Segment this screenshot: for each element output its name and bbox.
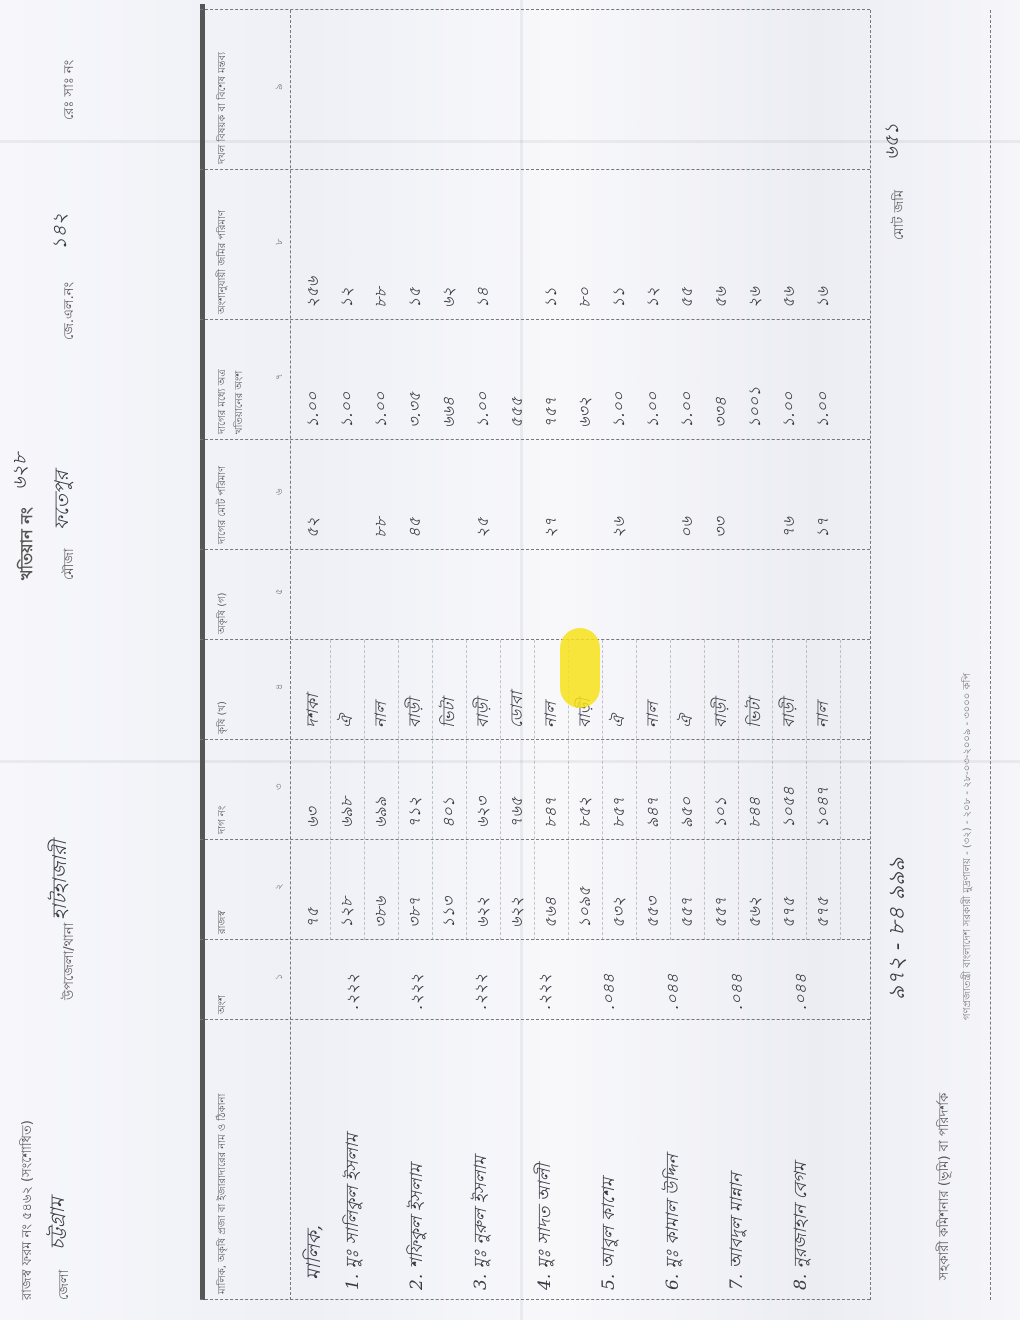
cell-class: ভিটা <box>742 698 769 728</box>
column-number: ৯ <box>272 84 289 91</box>
cell-dag: ৯৫০ <box>674 797 701 828</box>
row-divider <box>670 640 671 940</box>
cell-area: ২৬ <box>742 287 769 308</box>
cell-total: ০৬ <box>674 517 701 538</box>
column-number: ৫ <box>272 589 289 596</box>
jl-value: ১৪২ <box>46 213 78 250</box>
cell-total: ১৭ <box>810 517 837 538</box>
cell-area: ৫৫ <box>674 287 701 308</box>
row-divider <box>806 640 807 940</box>
column-number: ৬ <box>272 488 289 495</box>
column-number: ৩ <box>272 783 289 790</box>
row-divider <box>602 640 603 940</box>
cell-total: ২৭ <box>538 517 565 538</box>
owner-name: 6. মুঃ কামাল উদ্দিন <box>660 1154 688 1290</box>
upazila-label: উপজেলা/থানা <box>60 923 81 1000</box>
highlight-mark <box>560 628 600 708</box>
column-divider <box>200 439 870 440</box>
column-divider <box>200 739 870 740</box>
cell-portion: ১.০০ <box>368 392 395 428</box>
form-title: খতিয়ান নং <box>14 507 41 580</box>
column-header: দাগের মোট পরিমাণ <box>215 446 232 544</box>
cell-dag: ৬২৩ <box>470 797 497 828</box>
cell-dag: ৬৩ <box>300 807 327 828</box>
cell-class: ভিটা <box>436 698 463 728</box>
column-divider <box>200 1299 870 1300</box>
owner-share: .০৪৪ <box>596 974 623 1010</box>
cell-dag: ৮৪৪ <box>742 797 769 828</box>
cell-area: ১৪ <box>470 287 497 308</box>
cell-total: ২৫ <box>470 517 497 538</box>
owner-share: .২২২ <box>404 974 431 1010</box>
cell-portion: ১.০০ <box>606 392 633 428</box>
column-number: ৪ <box>272 684 289 691</box>
upazila-value: হাটহাজারী <box>46 840 78 920</box>
cell-portion: ৫৫৫ <box>504 397 531 428</box>
column-number: ১ <box>272 974 289 981</box>
cell-revenue: ৫৭৫ <box>776 897 803 928</box>
cell-portion: ১.০০ <box>640 392 667 428</box>
column-number: ৭ <box>272 373 289 380</box>
cell-total: ৩৩ <box>708 517 735 538</box>
jl-label: জে.এল.নং <box>60 282 81 340</box>
column-divider <box>200 319 870 320</box>
row-divider <box>466 640 467 940</box>
owner-name: 1. মুঃ সালিকুল ইসলাম <box>340 1134 368 1290</box>
district-label: জেলা <box>55 1270 76 1300</box>
cell-revenue: ৭৫ <box>300 907 327 928</box>
row-divider <box>534 640 535 940</box>
cell-portion: ১.০০ <box>334 392 361 428</box>
cell-portion: ১.০০ <box>300 392 327 428</box>
cell-class: বাড়ী <box>470 698 497 728</box>
owner-header: মালিক, <box>300 1225 332 1280</box>
officer-text: সহকারী কমিশনার (ভূমি) বা পরিদর্শক <box>935 1093 956 1280</box>
total-area: ৬৫১ <box>878 123 910 160</box>
cell-dag: ৪০১ <box>436 797 463 828</box>
cell-total: ৮৮ <box>368 517 395 538</box>
column-number: ২ <box>272 883 289 890</box>
owner-share: .০৪৪ <box>724 974 751 1010</box>
cell-class: নাল <box>640 702 667 728</box>
cell-area: ১১ <box>538 287 565 308</box>
cell-total: ৪৫ <box>402 517 429 538</box>
cell-dag: ৮৫৭ <box>606 797 633 828</box>
owner-share: .২২২ <box>468 974 495 1010</box>
owner-share: .০৪৪ <box>788 974 815 1010</box>
cell-total: ২৬ <box>606 517 633 538</box>
cell-revenue: ১০৯৫ <box>572 886 599 928</box>
cell-portion: ৬৬৪ <box>436 397 463 428</box>
row-divider <box>432 640 433 940</box>
cell-class: ঐ <box>606 715 633 728</box>
cell-dag: ১০৪৭ <box>810 786 837 828</box>
cell-class: ঐ <box>334 715 361 728</box>
column-header: অংশানুযায়ী জমির পরিমাণ <box>215 176 232 314</box>
print-line: গণপ্রজাতন্ত্রী বাংলাদেশ সরকারী মুদ্রণালয… <box>960 673 977 1020</box>
owner-name: 5. আবুল কাশেম <box>596 1178 624 1290</box>
cell-class: নাল <box>810 702 837 728</box>
cell-portion: ৭৫৭ <box>538 397 565 428</box>
scanned-paper: রাজস্ব ফরম নং ৫৪৬২ (সংশোধিত) জেলা চট্টগ্… <box>0 0 1020 1320</box>
cell-revenue: ৫৫৭ <box>708 897 735 928</box>
row-divider <box>704 640 705 940</box>
cell-dag: ৭৬৫ <box>504 797 531 828</box>
cell-revenue: ৬২২ <box>470 897 497 928</box>
cell-class: নাল <box>538 702 565 728</box>
form-code: রাজস্ব ফরম নং ৫৪৬২ (সংশোধিত) <box>18 1120 39 1300</box>
column-divider <box>200 639 870 640</box>
cell-total: ৫২ <box>300 517 327 538</box>
cell-revenue: ৫৭৫ <box>810 897 837 928</box>
cell-area: ১২ <box>640 287 667 308</box>
owner-share: .২২২ <box>340 974 367 1010</box>
district-value: চট্টগ্রাম <box>44 1197 76 1250</box>
cell-class: ঐ <box>674 715 701 728</box>
cell-portion: ১০০১ <box>742 386 769 428</box>
cell-class: দশকা <box>300 694 327 728</box>
khatian-number: ৬২৮ <box>6 453 38 490</box>
owner-name: 4. মুঃ সাদত আলী <box>532 1164 560 1290</box>
owner-name: 2. শফিকুল ইসলাম <box>404 1164 432 1290</box>
column-number: ৮ <box>272 239 289 246</box>
cell-portion: ১.০০ <box>776 392 803 428</box>
column-divider <box>200 939 870 940</box>
cell-portion: ৬৩২ <box>572 397 599 428</box>
column-divider <box>200 169 870 170</box>
cell-area: ৫৬ <box>708 287 735 308</box>
cell-portion: ১.০০ <box>674 392 701 428</box>
cell-revenue: ৩৮৭ <box>402 897 429 928</box>
cell-dag: ১০১ <box>708 797 735 828</box>
row-divider <box>500 640 501 940</box>
cell-revenue: ৫৫৭ <box>674 897 701 928</box>
row-divider <box>364 640 365 940</box>
cell-dag: ৮৪৭ <box>538 797 565 828</box>
cell-dag: ৭১২ <box>402 797 429 828</box>
cell-area: ২৫৬ <box>300 277 327 308</box>
cell-revenue: ৫৬৪ <box>538 897 565 928</box>
cell-total: ৭৬ <box>776 517 803 538</box>
row-divider <box>330 640 331 940</box>
cell-area: ৬২ <box>436 287 463 308</box>
total-label: মোট জমি <box>890 190 911 240</box>
owner-name: 8. নুরজাহান বেগম <box>788 1162 816 1290</box>
cell-portion: ১.০০ <box>470 392 497 428</box>
cell-area: ১১ <box>606 287 633 308</box>
row-divider <box>840 640 841 940</box>
cell-class: ডোবা <box>504 692 531 728</box>
cell-revenue: ১২৮ <box>334 897 361 928</box>
cell-area: ১২ <box>334 287 361 308</box>
cell-area: ৫৬ <box>776 287 803 308</box>
column-header: দাগের মধ্যে অত্র খতিয়ানের অংশ <box>215 326 249 434</box>
cell-revenue: ৩৮৬ <box>368 897 395 928</box>
row-divider <box>636 640 637 940</box>
khatian-form: রাজস্ব ফরম নং ৫৪৬২ (সংশোধিত) জেলা চট্টগ্… <box>0 0 1020 1320</box>
cell-revenue: ৫৬২ <box>742 897 769 928</box>
column-header: অকৃষি (গ) <box>215 556 232 634</box>
cell-class: বাড়ী <box>708 698 735 728</box>
mouza-label: মৌজা <box>60 548 81 580</box>
cell-portion: ৩.৩৫ <box>402 392 429 428</box>
cell-class: নাল <box>368 702 395 728</box>
owner-share: .০৪৪ <box>660 974 687 1010</box>
row-divider <box>772 640 773 940</box>
row-divider <box>738 640 739 940</box>
cell-area: ৮০ <box>572 287 599 308</box>
row-divider <box>398 640 399 940</box>
cell-dag: ৮৫২ <box>572 797 599 828</box>
cell-dag: ১০৫৪ <box>776 786 803 828</box>
column-divider <box>200 549 870 550</box>
cell-class: বাড়ী <box>776 698 803 728</box>
column-header: দখল বিষয়ক বা বিশেষ মন্তব্য <box>215 16 232 164</box>
cell-area: ১৬ <box>810 287 837 308</box>
cell-dag: ৯৪৭ <box>640 797 667 828</box>
cell-revenue: ৬২২ <box>504 897 531 928</box>
column-header: রাজস্ব <box>215 846 232 934</box>
column-divider <box>200 9 870 10</box>
cell-dag: ৬৯৮ <box>334 797 361 828</box>
column-header: মালিক, অকৃষি প্রজা বা ইজারাদারের নাম ও ঠ… <box>215 1026 232 1294</box>
owner-name: 3. মুঃ নুরুল ইসলাম <box>468 1156 496 1290</box>
owner-share: .২২২ <box>532 974 559 1010</box>
total-dag-text: ৯৭২ - ৮৪ ৯৯৯ <box>880 857 917 1000</box>
column-header: কৃষি (খ) <box>215 646 232 734</box>
cell-class: বাড়ী <box>402 698 429 728</box>
cell-area: ১৫ <box>402 287 429 308</box>
owner-name: 7. আবদুল মান্নান <box>724 1173 752 1290</box>
column-divider <box>200 839 870 840</box>
cell-revenue: ৫৫৩ <box>640 897 667 928</box>
column-divider <box>200 1019 870 1020</box>
cell-revenue: ৫৩২ <box>606 897 633 928</box>
cell-revenue: ১১৩ <box>436 897 463 928</box>
cell-portion: ১.০০ <box>810 392 837 428</box>
cell-area: ৮৮ <box>368 287 395 308</box>
cell-dag: ৬৯৯ <box>368 797 395 828</box>
mouza-value: ফতেপুর <box>48 471 80 530</box>
column-header: দাগ নং <box>215 746 232 834</box>
touzi-label: রেঃ সাঃ নং <box>60 60 81 120</box>
cell-portion: ৩৩৪ <box>708 397 735 428</box>
column-header: অংশ <box>215 946 232 1014</box>
